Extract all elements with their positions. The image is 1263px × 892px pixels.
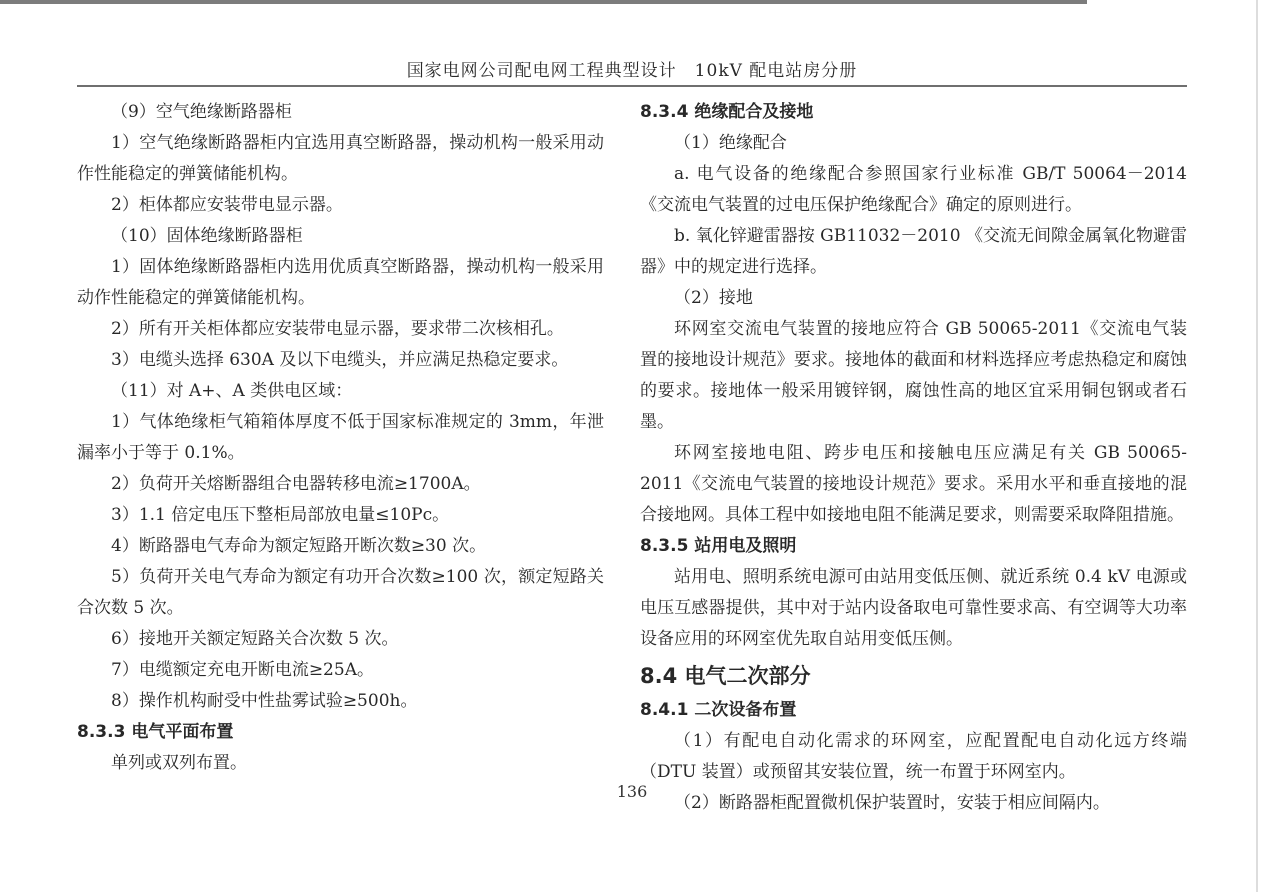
body-paragraph: 6）接地开关额定短路关合次数 5 次。 bbox=[77, 624, 604, 655]
right-column: 8.3.4 绝缘配合及接地（1）绝缘配合a. 电气设备的绝缘配合参照国家行业标准… bbox=[640, 97, 1187, 819]
section-heading: 8.4 电气二次部分 bbox=[640, 657, 1187, 695]
section-heading: 8.3.5 站用电及照明 bbox=[640, 531, 1187, 562]
scan-artifact-right-edge bbox=[1256, 0, 1258, 892]
running-header-title: 国家电网公司配电网工程典型设计 10kV 配电站房分册 bbox=[77, 56, 1187, 81]
body-paragraph: a. 电气设备的绝缘配合参照国家行业标准 GB/T 50064－2014 《交流… bbox=[640, 159, 1187, 221]
body-paragraph: 5）负荷开关电气寿命为额定有功开合次数≥100 次，额定短路关合次数 5 次。 bbox=[77, 562, 604, 624]
page-footer: 136 bbox=[77, 782, 1187, 801]
body-paragraph: （1）有配电自动化需求的环网室，应配置配电自动化远方终端（DTU 装置）或预留其… bbox=[640, 726, 1187, 788]
page-number: 136 bbox=[617, 782, 648, 801]
left-column: （9）空气绝缘断路器柜1）空气绝缘断路器柜内宜选用真空断路器，操动机构一般采用动… bbox=[77, 97, 604, 779]
section-heading: 8.3.3 电气平面布置 bbox=[77, 717, 604, 748]
body-paragraph: 站用电、照明系统电源可由站用变低压侧、就近系统 0.4 kV 电源或电压互感器提… bbox=[640, 562, 1187, 655]
body-paragraph: 2）所有开关柜体都应安装带电显示器，要求带二次核相孔。 bbox=[77, 314, 604, 345]
body-paragraph: 1）气体绝缘柜气箱箱体厚度不低于国家标准规定的 3mm，年泄漏率小于等于 0.1… bbox=[77, 407, 604, 469]
body-paragraph: 1）空气绝缘断路器柜内宜选用真空断路器，操动机构一般采用动作性能稳定的弹簧储能机… bbox=[77, 128, 604, 190]
body-paragraph: 环网室接地电阻、跨步电压和接触电压应满足有关 GB 50065-2011《交流电… bbox=[640, 438, 1187, 531]
body-paragraph: 4）断路器电气寿命为额定短路开断次数≥30 次。 bbox=[77, 531, 604, 562]
body-paragraph: 8）操作机构耐受中性盐雾试验≥500h。 bbox=[77, 686, 604, 717]
scan-artifact-top-edge bbox=[0, 0, 1087, 4]
body-paragraph: 3）1.1 倍定电压下整柜局部放电量≤10Pc。 bbox=[77, 500, 604, 531]
body-paragraph: （11）对 A+、A 类供电区域： bbox=[77, 376, 604, 407]
body-paragraph: 3）电缆头选择 630A 及以下电缆头，并应满足热稳定要求。 bbox=[77, 345, 604, 376]
body-paragraph: 环网室交流电气装置的接地应符合 GB 50065-2011《交流电气装置的接地设… bbox=[640, 314, 1187, 438]
section-heading: 8.3.4 绝缘配合及接地 bbox=[640, 97, 1187, 128]
document-page: 国家电网公司配电网工程典型设计 10kV 配电站房分册 （9）空气绝缘断路器柜1… bbox=[0, 0, 1263, 892]
body-paragraph: b. 氧化锌避雷器按 GB11032－2010 《交流无间隙金属氧化物避雷器》中… bbox=[640, 221, 1187, 283]
content-columns: （9）空气绝缘断路器柜1）空气绝缘断路器柜内宜选用真空断路器，操动机构一般采用动… bbox=[77, 97, 1187, 819]
body-paragraph: 1）固体绝缘断路器柜内选用优质真空断路器，操动机构一般采用动作性能稳定的弹簧储能… bbox=[77, 252, 604, 314]
body-paragraph: （2）接地 bbox=[640, 283, 1187, 314]
body-paragraph: 单列或双列布置。 bbox=[77, 748, 604, 779]
body-paragraph: （9）空气绝缘断路器柜 bbox=[77, 97, 604, 128]
body-paragraph: 2）柜体都应安装带电显示器。 bbox=[77, 190, 604, 221]
body-paragraph: 7）电缆额定充电开断电流≥25A。 bbox=[77, 655, 604, 686]
section-heading: 8.4.1 二次设备布置 bbox=[640, 695, 1187, 726]
body-paragraph: （10）固体绝缘断路器柜 bbox=[77, 221, 604, 252]
body-paragraph: （1）绝缘配合 bbox=[640, 128, 1187, 159]
body-paragraph: 2）负荷开关熔断器组合电器转移电流≥1700A。 bbox=[77, 469, 604, 500]
header-rule bbox=[77, 85, 1187, 87]
